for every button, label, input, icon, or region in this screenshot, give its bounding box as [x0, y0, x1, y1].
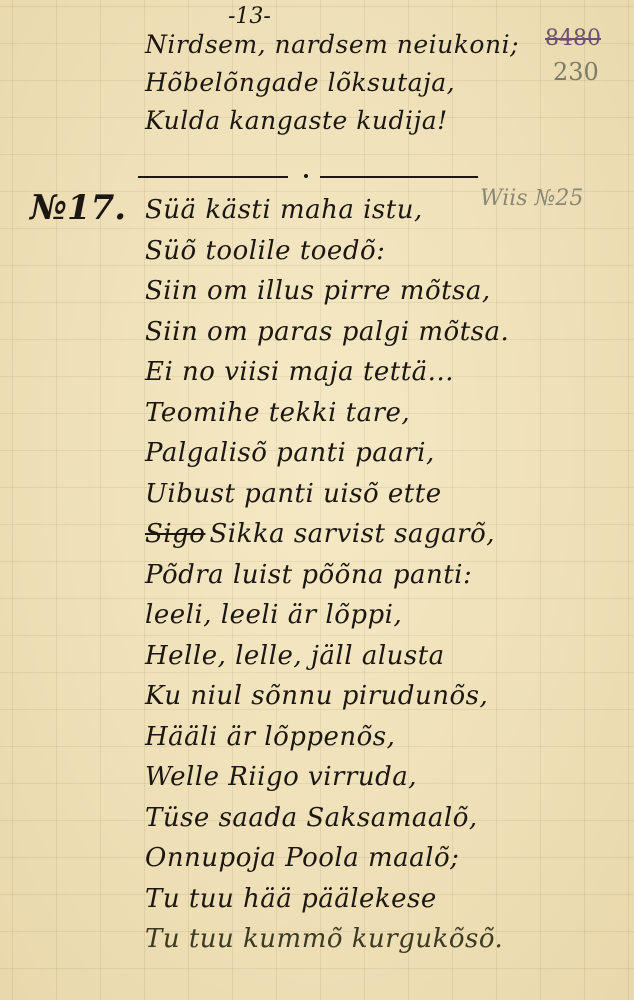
poem-body: Süä kästi maha istu, Süõ toolile toedõ: … [145, 190, 509, 960]
poem-number: №17. [30, 188, 126, 228]
section-divider-left [138, 176, 288, 178]
struck-word: Sigo [145, 519, 205, 549]
verse-line: SigoSikka sarvist sagarõ, [145, 514, 509, 555]
verse-line: leeli, leeli är lõppi, [145, 595, 509, 636]
verse-line: Kulda kangaste kudija! [145, 102, 519, 140]
section-divider-dot [304, 174, 308, 178]
verse-line: Siin om illus pirre mõtsa, [145, 271, 509, 312]
manuscript-page: -13- 8480 230 Nirdsem, nardsem neiukoni;… [0, 0, 634, 1000]
verse-line: Ku niul sõnnu pirudunõs, [145, 676, 509, 717]
verse-line: Hääli är lõppenõs, [145, 717, 509, 758]
verse-line: Teomihe tekki tare, [145, 393, 509, 434]
verse-line: Süä kästi maha istu, [145, 190, 509, 231]
verse-line: Hõbelõngade lõksutaja, [145, 64, 519, 102]
verse-line: Uibust panti uisõ ette [145, 474, 509, 515]
verse-line: Helle, lelle, jäll alusta [145, 636, 509, 677]
verse-line: Süõ toolile toedõ: [145, 231, 509, 272]
verse-line: Nirdsem, nardsem neiukoni; [145, 26, 519, 64]
top-stanza: Nirdsem, nardsem neiukoni; Hõbelõngade l… [145, 26, 519, 140]
verse-line: Onnupoja Poola maalõ; [145, 838, 509, 879]
verse-line: Tu tuu kummõ kurgukõsõ. [145, 919, 509, 960]
verse-line: Siin om paras palgi mõtsa. [145, 312, 509, 353]
verse-line: Welle Riigo virruda, [145, 757, 509, 798]
verse-line: Põdra luist põõna panti: [145, 555, 509, 596]
archive-number-struck: 8480 [545, 26, 601, 51]
archive-number: 230 [553, 58, 599, 86]
verse-line: Palgalisõ panti paari, [145, 433, 509, 474]
verse-line: Ei no viisi maja tettä... [145, 352, 509, 393]
section-divider-right [320, 176, 478, 178]
verse-line: Tu tuu hää päälekese [145, 879, 509, 920]
verse-line: Tüse saada Saksamaalõ, [145, 798, 509, 839]
